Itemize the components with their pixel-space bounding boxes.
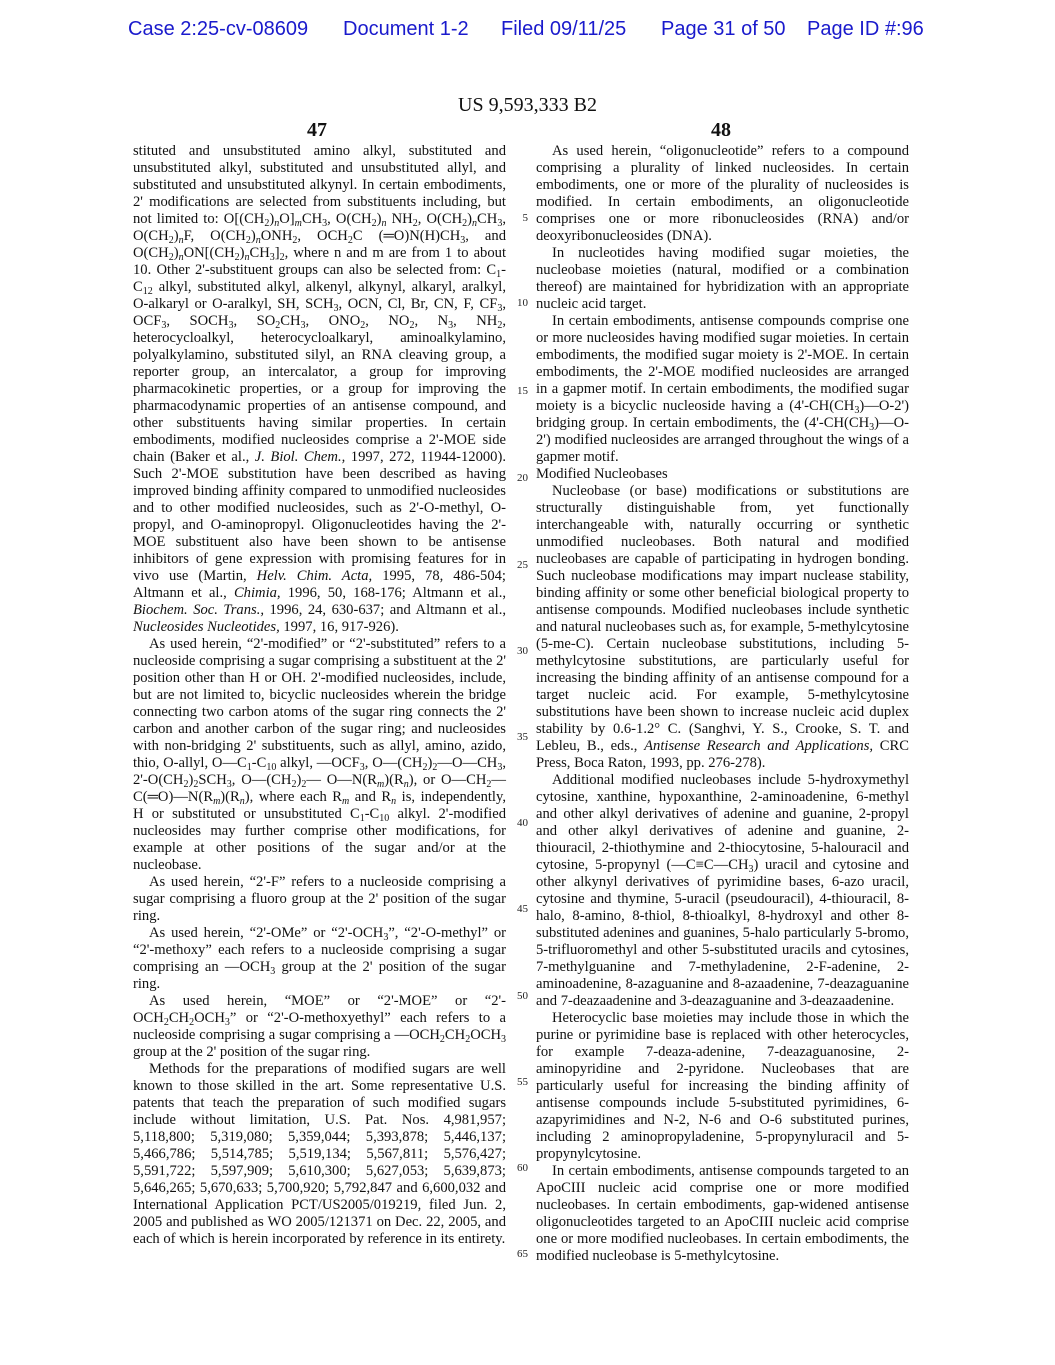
page-count: Page 31 of 50 — [661, 18, 786, 41]
right-column-number: 48 — [711, 119, 731, 142]
document-number: Document 1-2 — [343, 18, 469, 41]
filed-date: Filed 09/11/25 — [501, 18, 626, 41]
page-id: Page ID #:96 — [807, 18, 924, 41]
paragraph: As used herein, “2'-F” refers to a nucle… — [133, 874, 506, 925]
line-number: 45 — [512, 903, 528, 915]
line-number: 20 — [512, 472, 528, 484]
section-heading: Modified Nucleobases — [536, 466, 909, 483]
line-number: 60 — [512, 1162, 528, 1174]
paragraph: As used herein, “2'-OMe” or “2'-OCH3”, “… — [133, 925, 506, 993]
paragraph: In certain embodiments, antisense compou… — [536, 313, 909, 466]
right-column: As used herein, “oligonucleotide” refers… — [536, 143, 909, 1265]
line-number: 40 — [512, 817, 528, 829]
line-number: 5 — [512, 212, 528, 224]
patent-number: US 9,593,333 B2 — [0, 94, 1055, 117]
line-number: 25 — [512, 559, 528, 571]
paragraph: In nucleotides having modified sugar moi… — [536, 245, 909, 313]
citation-journal: Nucleosides Nucleotides, — [133, 619, 280, 635]
paragraph: stituted and unsubstituted amino alkyl, … — [133, 143, 506, 636]
paragraph-text: Nucleobase (or base) modifications or su… — [536, 483, 909, 754]
citation-journal: J. Biol. Chem., — [255, 449, 345, 465]
paragraph: Methods for the preparations of modified… — [133, 1061, 506, 1248]
line-number: 55 — [512, 1076, 528, 1088]
line-number: 65 — [512, 1248, 528, 1260]
line-number: 30 — [512, 645, 528, 657]
citation-title: Antisense Research and Applications, — [644, 738, 873, 754]
line-number: 50 — [512, 990, 528, 1002]
paragraph: As used herein, “MOE” or “2'-MOE” or “2'… — [133, 993, 506, 1061]
paragraph: Nucleobase (or base) modifications or su… — [536, 483, 909, 772]
left-column: stituted and unsubstituted amino alkyl, … — [133, 143, 506, 1248]
citation-journal: Chimia, — [234, 585, 281, 601]
paragraph: Heterocyclic base moieties may include t… — [536, 1010, 909, 1163]
paragraph: As used herein, “oligonucleotide” refers… — [536, 143, 909, 245]
line-number: 15 — [512, 385, 528, 397]
paragraph: As used herein, “2'-modified” or “2'-sub… — [133, 636, 506, 874]
paragraph: Additional modified nucleobases include … — [536, 772, 909, 1010]
left-column-number: 47 — [307, 119, 327, 142]
citation-journal: Biochem. Soc. Trans., — [133, 602, 264, 618]
case-number: Case 2:25-cv-08609 — [128, 18, 308, 41]
line-number: 35 — [512, 731, 528, 743]
paragraph: In certain embodiments, antisense compou… — [536, 1163, 909, 1265]
citation-journal: Helv. Chim. Acta, — [257, 568, 373, 584]
line-number: 10 — [512, 297, 528, 309]
